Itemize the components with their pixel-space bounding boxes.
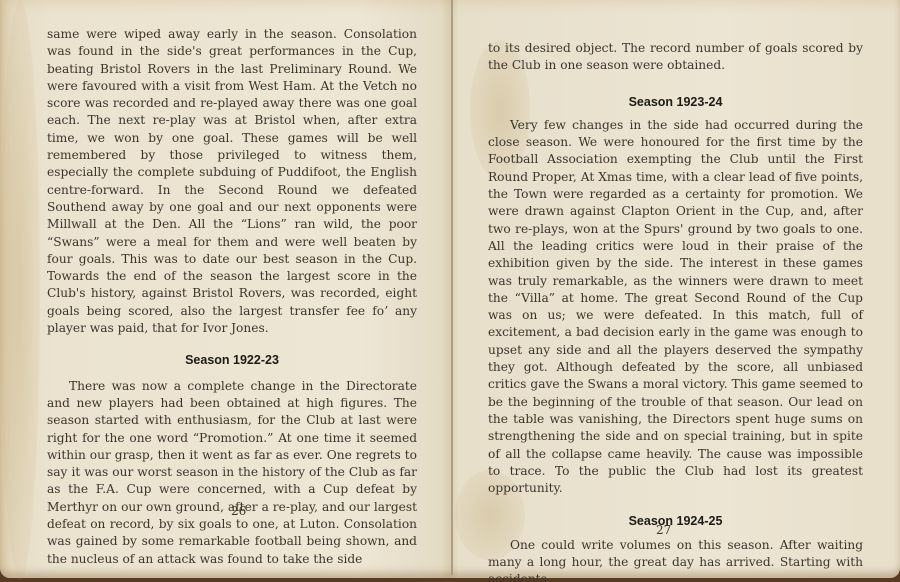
season-1923-24-heading: Season 1923-24 xyxy=(488,94,863,111)
page-number-26: 26 xyxy=(231,503,246,520)
right-paragraph-1: to its desired object. The record number… xyxy=(488,40,863,75)
left-paragraph-2: There was now a complete change in the D… xyxy=(47,378,417,568)
open-booklet-spread: same were wiped away early in the season… xyxy=(0,0,900,578)
right-paragraph-3: One could write volumes on this season. … xyxy=(488,537,863,582)
season-1922-23-heading: Season 1922-23 xyxy=(47,352,417,369)
season-1924-25-heading: Season 1924-25 xyxy=(488,513,863,530)
page-number-27: 27 xyxy=(656,522,671,539)
left-paragraph-1: same were wiped away early in the season… xyxy=(47,26,417,337)
right-paragraph-2: Very few changes in the side had occurre… xyxy=(488,117,863,498)
book-spine xyxy=(451,0,453,575)
left-page: same were wiped away early in the season… xyxy=(47,0,417,578)
right-page: to its desired object. The record number… xyxy=(488,0,863,578)
paper-stain xyxy=(0,0,40,580)
